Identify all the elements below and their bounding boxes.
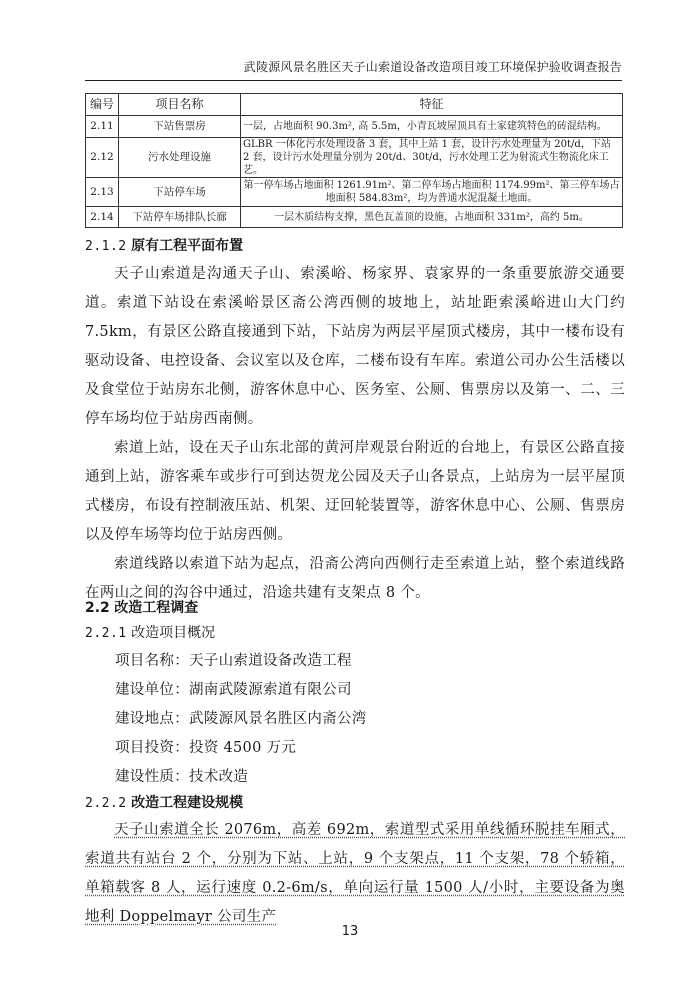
column-header-name: 项目名称 — [119, 94, 241, 116]
row-id: 2.14 — [86, 207, 119, 228]
table-header-row: 编号 项目名称 特征 — [86, 94, 623, 116]
info-value: 武陵源风景名胜区内斋公湾 — [189, 711, 367, 727]
info-value: 湖南武陵源索道有限公司 — [189, 682, 352, 698]
info-label: 建设地点： — [115, 711, 189, 727]
section-title: 原有工程平面布置 — [131, 238, 243, 254]
section-2-2-2-body: 天子山索道全长 2076m，高差 692m，索道型式采用单线循环脱挂车厢式，索道… — [85, 816, 625, 932]
info-item-project-name: 项目名称：天子山索道设备改造工程 — [115, 647, 367, 676]
section-heading-2-2-1: 2.2.1 改造项目概况 — [85, 623, 215, 644]
section-heading-2-1-2: 2.1.2 原有工程平面布置 — [85, 236, 243, 257]
info-value: 技术改造 — [189, 769, 248, 785]
running-header: 武陵源风景名胜区天子山索道设备改造项目竣工环境保护验收调查报告 — [85, 58, 622, 81]
section-heading-2-2: 2.2 改造工程调查 — [85, 598, 198, 618]
section-heading-2-2-2: 2.2.2 改造工程建设规模 — [85, 793, 243, 814]
page-number: 13 — [0, 924, 700, 939]
project-info-list: 项目名称：天子山索道设备改造工程 建设单位：湖南武陵源索道有限公司 建设地点：武… — [115, 647, 367, 792]
info-label: 项目名称： — [115, 653, 189, 669]
row-id: 2.13 — [86, 178, 119, 207]
section-number: 2.2.2 — [85, 796, 127, 811]
info-item-builder: 建设单位：湖南武陵源索道有限公司 — [115, 676, 367, 705]
info-item-location: 建设地点：武陵源风景名胜区内斋公湾 — [115, 705, 367, 734]
row-id: 2.12 — [86, 138, 119, 178]
column-header-feature: 特征 — [241, 94, 623, 116]
row-id: 2.11 — [86, 116, 119, 138]
section-title: 改造工程建设规模 — [131, 795, 243, 811]
underlined-text: 天子山索道全长 2076m，高差 692m，索道型式采用单线循环脱挂车厢式，索道… — [85, 822, 625, 925]
section-number: 2.1.2 — [85, 239, 127, 254]
table-row: 2.12 污水处理设施 GLBR 一体化污水处理设备 3 套，其中上站 1 套，… — [86, 138, 623, 178]
row-name: 污水处理设施 — [119, 138, 241, 178]
paragraph: 索道上站，设在天子山东北部的黄河岸观景台附近的台地上，有景区公路直接通到上站，游… — [85, 434, 625, 550]
info-label: 建设性质： — [115, 769, 189, 785]
row-name: 下站停车场排队长廊 — [119, 207, 241, 228]
row-feature: 一层木质结构支撑，黑色瓦盖顶的设施，占地面积 331m²，高约 5m。 — [241, 207, 623, 228]
info-item-investment: 项目投资：投资 4500 万元 — [115, 734, 367, 763]
row-name: 下站售票房 — [119, 116, 241, 138]
features-table: 编号 项目名称 特征 2.11 下站售票房 一层，占地面积 90.3m², 高 … — [85, 93, 623, 228]
info-item-nature: 建设性质：技术改造 — [115, 763, 367, 792]
info-value: 天子山索道设备改造工程 — [189, 653, 352, 669]
row-name: 下站停车场 — [119, 178, 241, 207]
paragraph: 天子山索道是沟通天子山、索溪峪、杨家界、袁家界的一条重要旅游交通要道。索道下站设… — [85, 260, 625, 434]
paragraph: 天子山索道全长 2076m，高差 692m，索道型式采用单线循环脱挂车厢式，索道… — [85, 816, 625, 932]
table-row: 2.11 下站售票房 一层，占地面积 90.3m², 高 5.5m，小青瓦坡屋顶… — [86, 116, 623, 138]
table-row: 2.14 下站停车场排队长廊 一层木质结构支撑，黑色瓦盖顶的设施，占地面积 33… — [86, 207, 623, 228]
section-title: 改造工程调查 — [114, 600, 198, 616]
table-row: 2.13 下站停车场 第一停车场占地面积 1261.91m²、第二停车场占地面积… — [86, 178, 623, 207]
row-feature: 第一停车场占地面积 1261.91m²、第二停车场占地面积 1174.99m²、… — [241, 178, 623, 207]
section-number: 2.2.1 — [85, 626, 127, 641]
row-feature: 一层，占地面积 90.3m², 高 5.5m，小青瓦坡屋顶具有土家建筑特色的砖混… — [241, 116, 623, 138]
info-label: 项目投资： — [115, 740, 189, 756]
section-number: 2.2 — [85, 600, 110, 616]
row-feature: GLBR 一体化污水处理设备 3 套，其中上站 1 套，设计污水处理量为 20t… — [241, 138, 623, 178]
running-header-text: 武陵源风景名胜区天子山索道设备改造项目竣工环境保护验收调查报告 — [244, 60, 622, 74]
section-title: 改造项目概况 — [131, 625, 215, 641]
info-value: 投资 4500 万元 — [189, 740, 296, 756]
info-label: 建设单位： — [115, 682, 189, 698]
section-2-1-2-body: 天子山索道是沟通天子山、索溪峪、杨家界、袁家界的一条重要旅游交通要道。索道下站设… — [85, 260, 625, 608]
column-header-id: 编号 — [86, 94, 119, 116]
